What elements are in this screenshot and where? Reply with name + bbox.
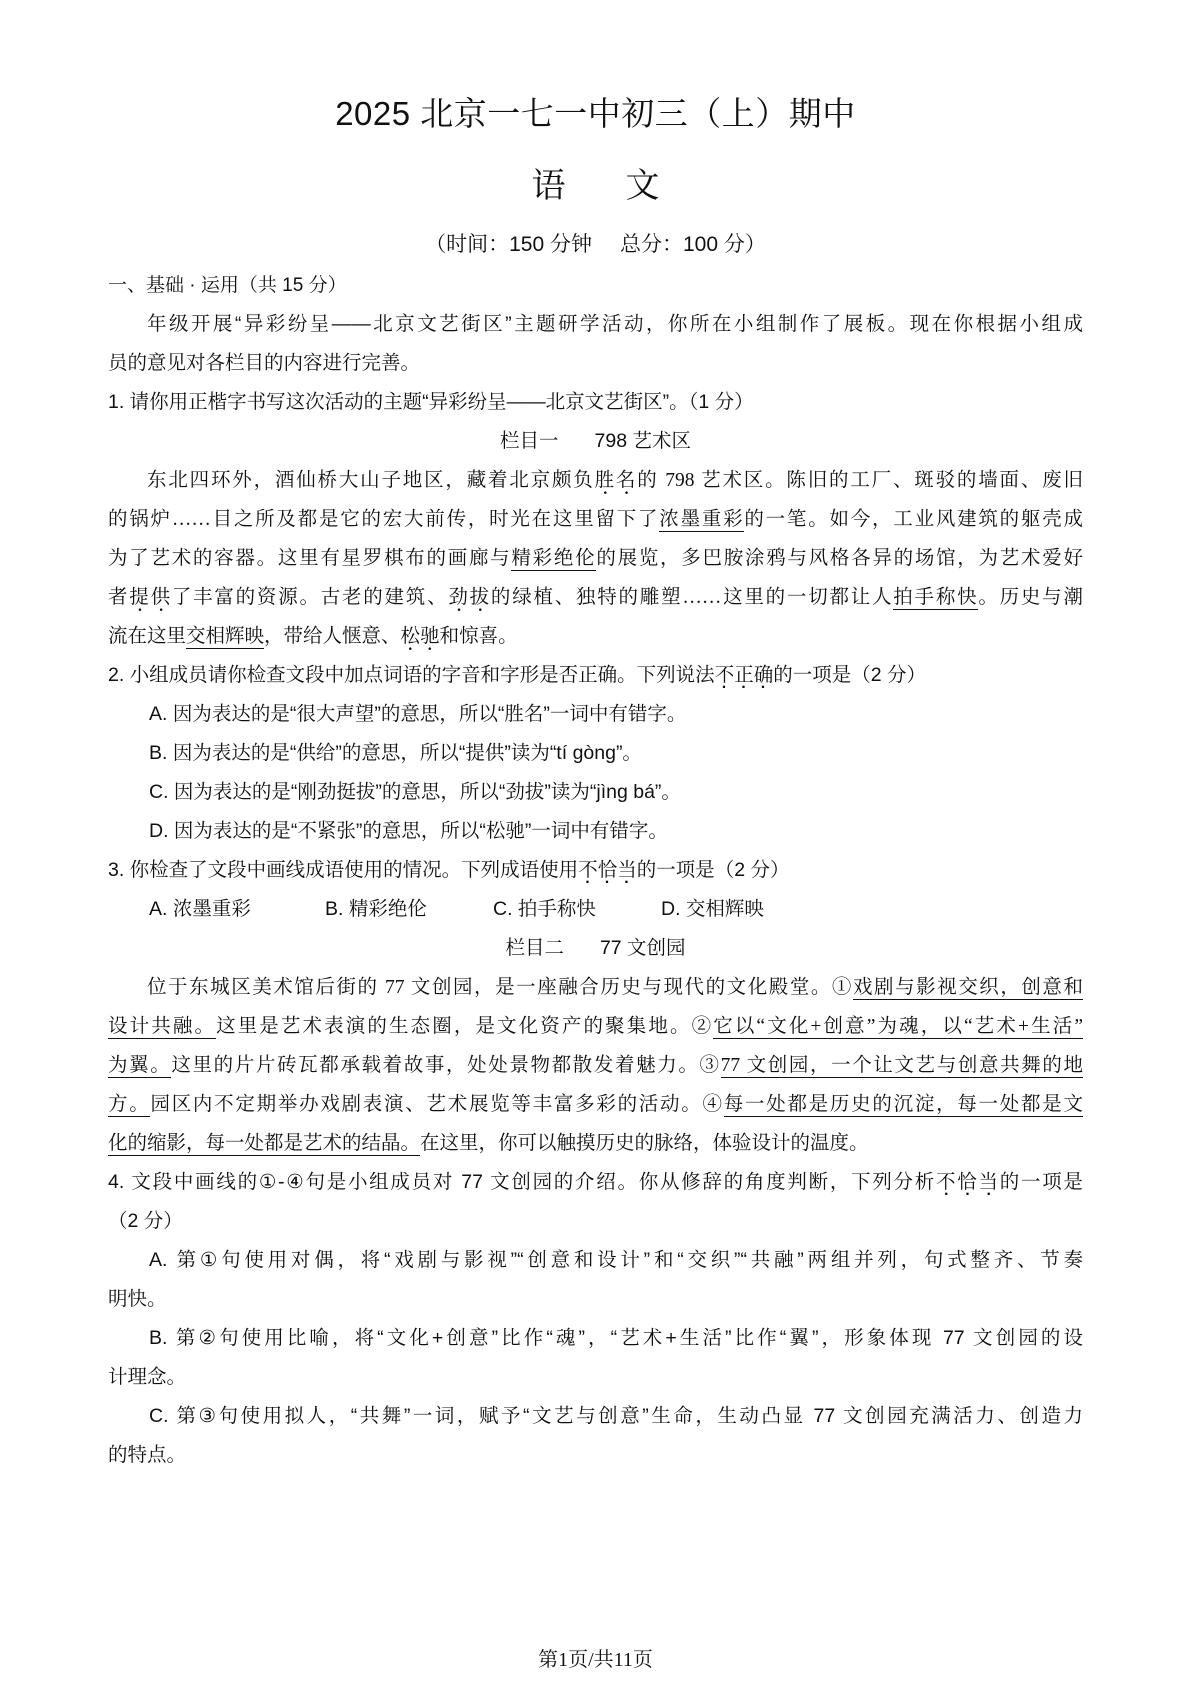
intro-line-1: 年级开展“异彩纷呈——北京文艺街区”主题研学活动，你所在小组制作了展板。现在你根… bbox=[108, 305, 1083, 344]
subject-title: 语文 bbox=[0, 158, 1191, 207]
column-1-paragraph-line-5: 流在这里交相辉映，带给人惬意、松驰和惊喜。 bbox=[108, 617, 1083, 656]
column-2-heading: 栏目二77 文创园 bbox=[108, 929, 1083, 968]
page-indicator: 第1页/共11页 bbox=[0, 1643, 1191, 1672]
column-1-label: 栏目一 bbox=[500, 430, 559, 452]
underlined-sentence-4: 每一处都是历史的沉淀，每一处都是文 bbox=[724, 1094, 1083, 1117]
subject-char-1: 语 bbox=[532, 158, 566, 207]
question-3-option-d: D. 交相辉映 bbox=[661, 890, 764, 929]
emphasis-char: 劲 bbox=[448, 587, 469, 608]
question-2-stem: 2. 小组成员请你检查文段中加点词语的字音和字形是否正确。下列说法不正确的一项是… bbox=[108, 656, 1083, 695]
question-2-option-c: C. 因为表达的是“刚劲挺拔”的意思，所以“劲拔”读为“jìng bá”。 bbox=[108, 773, 1083, 812]
question-4-option-b-line-1: B. 第②句使用比喻，将“文化+创意”比作“魂”，“艺术+生活”比作“翼”，形象… bbox=[108, 1319, 1083, 1358]
emphasis-char: 确 bbox=[754, 664, 774, 686]
underlined-sentence-2: 为翼。 bbox=[108, 1055, 171, 1078]
question-1: 1. 请你用正楷字书写这次活动的主题“异彩纷呈——北京文艺街区”。（1 分） bbox=[108, 383, 1083, 422]
emphasis-char: 当 bbox=[979, 1171, 1000, 1193]
exam-total: 总分：100 分） bbox=[620, 233, 766, 256]
question-3-stem: 3. 你检查了文段中画线成语使用的情况。下列成语使用不恰当的一项是（2 分） bbox=[108, 851, 1083, 890]
column-2-paragraph-line-4: 方。园区内不定期举办戏剧表演、艺术展览等丰富多彩的活动。④每一处都是历史的沉淀，… bbox=[108, 1085, 1083, 1124]
emphasis-char: 松 bbox=[401, 626, 421, 647]
underlined-sentence-3: 77 文创园，一个让文艺与创意共舞的地 bbox=[721, 1055, 1083, 1078]
underlined-idiom: 交相辉映 bbox=[186, 626, 264, 649]
question-3-option-c: C. 拍手称快 bbox=[493, 890, 661, 929]
emphasis-char: 不 bbox=[578, 859, 598, 881]
emphasis-char: 当 bbox=[617, 859, 637, 881]
column-2-paragraph-line-3: 为翼。这里的片片砖瓦都承载着故事，处处景物都散发着魅力。③77 文创园，一个让文… bbox=[108, 1046, 1083, 1085]
emphasis-char: 供 bbox=[151, 587, 172, 608]
exam-page: 2025 北京一七一中初三（上）期中 语文 （时间：150 分钟总分：100 分… bbox=[0, 0, 1191, 1684]
underlined-sentence-1: 设计共融。 bbox=[108, 1016, 216, 1039]
exam-meta: （时间：150 分钟总分：100 分） bbox=[0, 228, 1191, 258]
underlined-sentence-3: 方。 bbox=[108, 1094, 150, 1117]
underlined-sentence-4: 化的缩影，每一处都是艺术的结晶。 bbox=[108, 1133, 420, 1156]
column-1-paragraph-line-1: 东北四环外，酒仙桥大山子地区，藏着北京颇负胜名的 798 艺术区。陈旧的工厂、斑… bbox=[108, 461, 1083, 500]
question-4-stem: 4. 文段中画线的①-④句是小组成员对 77 文创园的介绍。你从修辞的角度判断，… bbox=[108, 1163, 1083, 1202]
subject-char-2: 文 bbox=[626, 158, 660, 207]
emphasis-char: 不 bbox=[715, 664, 735, 686]
intro-line-2: 员的意见对各栏目的内容进行完善。 bbox=[108, 344, 1083, 383]
column-2-paragraph-line-5: 化的缩影，每一处都是艺术的结晶。在这里，你可以触摸历史的脉络，体验设计的温度。 bbox=[108, 1124, 1083, 1163]
underlined-sentence-2: 它以“文化+创意”为魂，以“艺术+生活” bbox=[713, 1016, 1083, 1039]
question-4-option-c-line-1: C. 第③句使用拟人，“共舞”一词，赋予“文艺与创意”生命，生动凸显 77 文创… bbox=[108, 1397, 1083, 1436]
question-4-option-a-line-1: A. 第①句使用对偶，将“戏剧与影视”“创意和设计”和“交织”“共融”两组并列，… bbox=[108, 1241, 1083, 1280]
emphasis-char: 胜 bbox=[595, 470, 616, 491]
column-1-heading: 栏目一798 艺术区 bbox=[108, 422, 1083, 461]
emphasis-char: 驰 bbox=[420, 626, 440, 647]
column-1-name: 798 艺术区 bbox=[595, 430, 691, 452]
column-2-paragraph-line-2: 设计共融。这里是艺术表演的生态圈，是文化资产的聚集地。②它以“文化+创意”为魂，… bbox=[108, 1007, 1083, 1046]
emphasis-char: 不 bbox=[936, 1171, 957, 1193]
question-2-option-a: A. 因为表达的是“很大声望”的意思，所以“胜名”一词中有错字。 bbox=[108, 695, 1083, 734]
column-2-label: 栏目二 bbox=[505, 937, 564, 959]
exam-time: （时间：150 分钟 bbox=[425, 233, 592, 256]
emphasis-char: 名 bbox=[616, 470, 637, 491]
underlined-sentence-1: 戏剧与影视交织，创意和 bbox=[853, 977, 1083, 1000]
underlined-idiom: 精彩绝伦 bbox=[511, 548, 596, 571]
column-2-paragraph-line-1: 位于东城区美术馆后街的 77 文创园，是一座融合历史与现代的文化殿堂。①戏剧与影… bbox=[108, 968, 1083, 1007]
question-4-option-a-line-2: 明快。 bbox=[108, 1280, 1083, 1319]
emphasis-char: 正 bbox=[734, 664, 754, 686]
emphasis-char: 恰 bbox=[957, 1171, 978, 1193]
question-4-option-c-line-2: 的特点。 bbox=[108, 1436, 1083, 1475]
question-4-option-b-line-2: 计理念。 bbox=[108, 1358, 1083, 1397]
emphasis-char: 拔 bbox=[470, 587, 491, 608]
section-heading: 一、基础 · 运用（共 15 分） bbox=[108, 266, 1083, 305]
column-1-paragraph-line-4: 者提供了丰富的资源。古老的建筑、劲拔的绿植、独特的雕塑……这里的一切都让人拍手称… bbox=[108, 578, 1083, 617]
column-1-paragraph-line-2: 的锅炉……目之所及都是它的宏大前传，时光在这里留下了浓墨重彩的一笔。如今，工业风… bbox=[108, 500, 1083, 539]
question-4-stem-line-2: （2 分） bbox=[108, 1202, 1083, 1241]
question-3-option-a: A. 浓墨重彩 bbox=[149, 890, 325, 929]
column-2-name: 77 文创园 bbox=[600, 937, 686, 959]
column-1-paragraph-line-3: 为了艺术的容器。这里有星罗棋布的画廊与精彩绝伦的展览，多巴胺涂鸦与风格各异的场馆… bbox=[108, 539, 1083, 578]
emphasis-char: 恰 bbox=[598, 859, 618, 881]
exam-title: 2025 北京一七一中初三（上）期中 bbox=[0, 88, 1191, 135]
underlined-idiom: 拍手称快 bbox=[893, 587, 978, 610]
question-2-option-d: D. 因为表达的是“不紧张”的意思，所以“松驰”一词中有错字。 bbox=[108, 812, 1083, 851]
question-3-option-b: B. 精彩绝伦 bbox=[325, 890, 493, 929]
emphasis-char: 提 bbox=[129, 587, 150, 608]
question-3-options: A. 浓墨重彩 B. 精彩绝伦 C. 拍手称快 D. 交相辉映 bbox=[108, 890, 1083, 929]
underlined-idiom: 浓墨重彩 bbox=[659, 509, 744, 532]
question-2-option-b: B. 因为表达的是“供给”的意思，所以“提供”读为“tí gòng”。 bbox=[108, 734, 1083, 773]
exam-content: 一、基础 · 运用（共 15 分） 年级开展“异彩纷呈——北京文艺街区”主题研学… bbox=[108, 266, 1083, 1475]
